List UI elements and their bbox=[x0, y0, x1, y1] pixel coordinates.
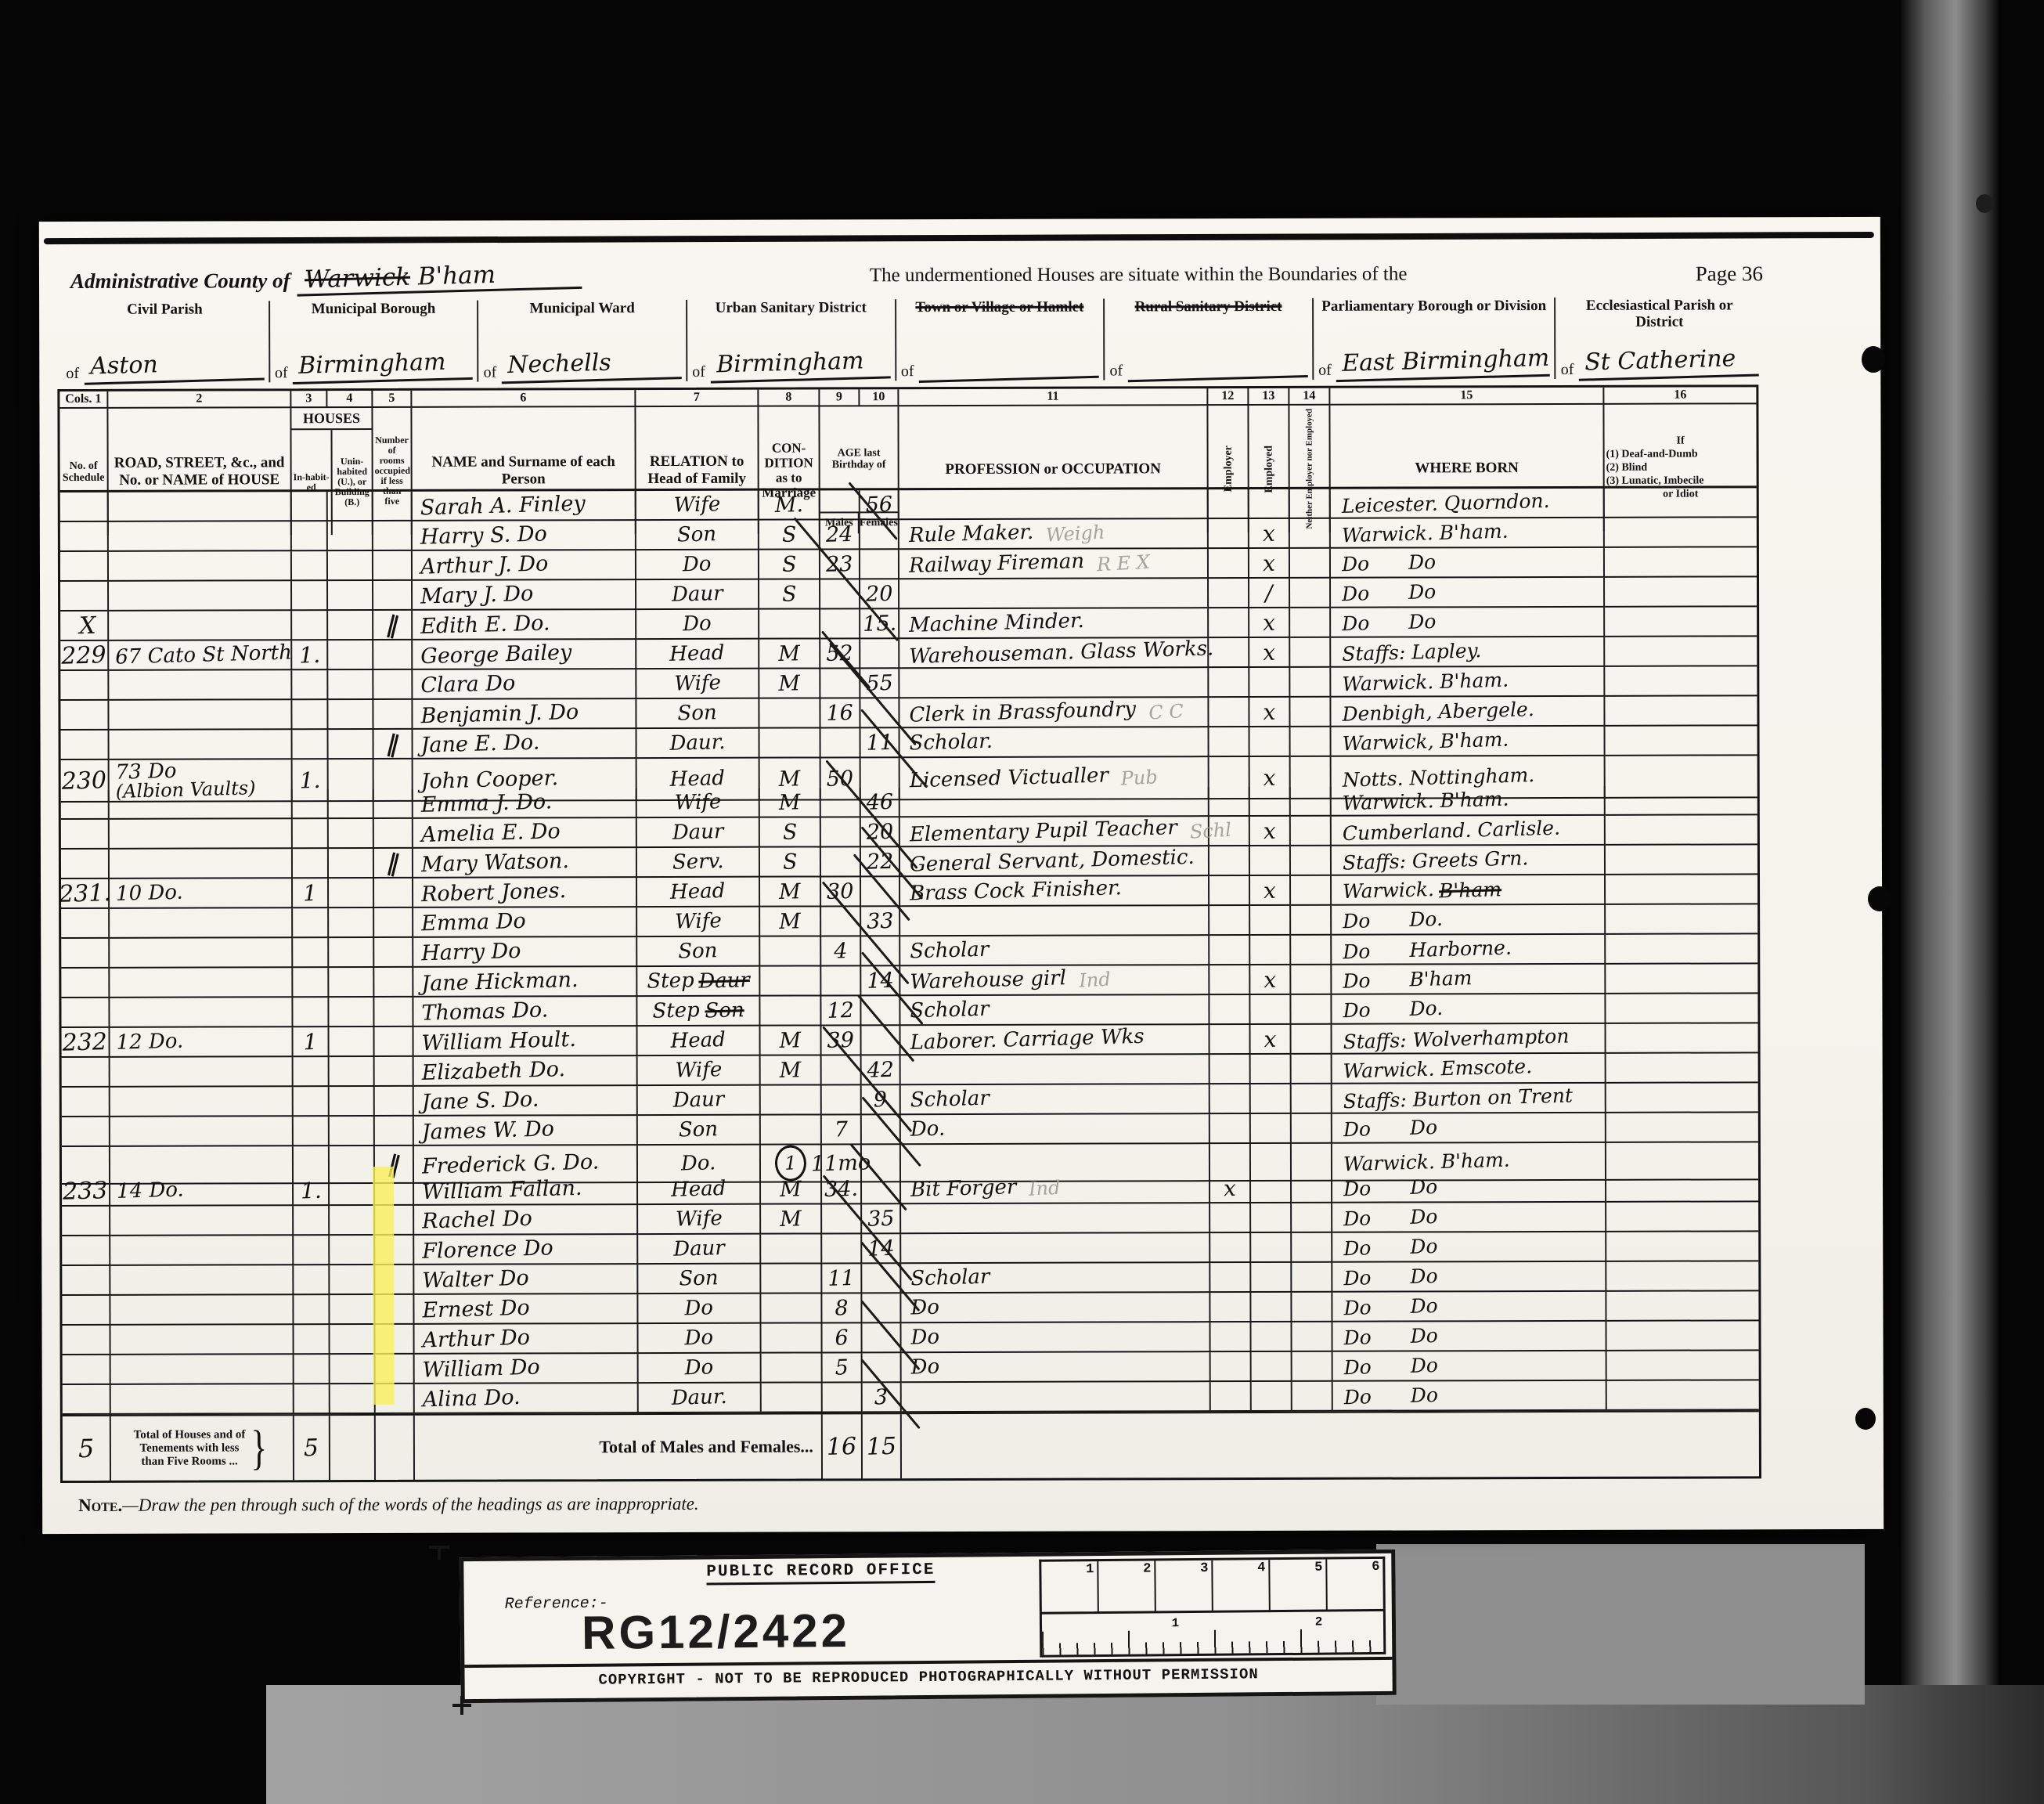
district-of: of bbox=[901, 363, 914, 381]
registration-mark bbox=[438, 1546, 441, 1560]
cell-employed bbox=[1250, 727, 1291, 757]
cell-employed bbox=[1251, 1293, 1292, 1322]
cell-where-born: Warwick. Emscote. bbox=[1332, 1054, 1606, 1084]
cell-employer bbox=[1211, 1352, 1252, 1382]
occupation: Laborer. Carriage Wks bbox=[910, 1025, 1145, 1055]
where-born: Warwick. bbox=[1343, 877, 1435, 902]
table-row-29: Arthur DoDo6DoDo Do bbox=[63, 1321, 1759, 1355]
cell-employed bbox=[1249, 668, 1290, 698]
cell-occupation: Scholar bbox=[900, 995, 1209, 1026]
cell-employed: x bbox=[1249, 549, 1290, 579]
cell-neither bbox=[1291, 876, 1332, 906]
person-name: Sarah A. Finley bbox=[420, 491, 586, 520]
where-born: Do Do bbox=[1343, 1174, 1438, 1200]
inhabited-mark: 1. bbox=[298, 641, 320, 668]
age-female: 20 bbox=[865, 581, 892, 606]
census-scan-viewport: { "page": { "countyLabel": "Administrati… bbox=[0, 0, 2044, 1804]
column-number-5: 5 bbox=[373, 391, 412, 408]
cell-employed: x bbox=[1249, 519, 1290, 549]
cell-rooms bbox=[375, 1027, 414, 1057]
person-name: Thomas Do. bbox=[421, 998, 549, 1025]
column-number-4: 4 bbox=[327, 391, 373, 408]
cell-address bbox=[110, 1265, 294, 1296]
cell-schedule bbox=[60, 552, 109, 582]
cell-employed bbox=[1251, 1114, 1292, 1144]
cell-uninhabited bbox=[328, 581, 373, 611]
cell-employed bbox=[1251, 1322, 1292, 1352]
cell-rooms bbox=[374, 879, 413, 908]
cell-infirmity bbox=[1606, 1113, 1758, 1143]
pencil-annotation: Ind bbox=[1078, 968, 1111, 991]
cell-occupation bbox=[899, 579, 1209, 609]
cell-age-female bbox=[860, 639, 899, 669]
enumerator-x-mark: X bbox=[79, 612, 96, 640]
cell-relation: Head bbox=[638, 1026, 761, 1056]
punch-hole bbox=[1868, 886, 1891, 911]
person-name: Clara Do bbox=[420, 671, 516, 698]
cell-occupation: Do bbox=[901, 1322, 1210, 1353]
cell-neither bbox=[1292, 1025, 1332, 1055]
cell-name: Arthur J. Do bbox=[413, 550, 636, 581]
schedule-number: 233 bbox=[63, 1177, 108, 1206]
table-row-28: Ernest DoDo8DoDo Do bbox=[62, 1291, 1758, 1326]
condition: M. bbox=[774, 492, 803, 518]
cell-relation: Daur bbox=[636, 580, 759, 610]
person-name: Arthur J. Do bbox=[420, 551, 549, 579]
district-of: of bbox=[275, 364, 288, 382]
punch-hole bbox=[1862, 346, 1885, 373]
stamp-office-title: PUBLIC RECORD OFFICE bbox=[706, 1561, 935, 1586]
totals-label-line1: Total of Houses and of bbox=[134, 1428, 246, 1441]
where-born: Staffs: Greets Grn. bbox=[1343, 846, 1529, 874]
where-born: Cumberland. Carlisle. bbox=[1343, 816, 1561, 845]
cell-inhabited bbox=[293, 819, 329, 849]
cell-rooms bbox=[373, 640, 413, 670]
cell-address bbox=[109, 611, 292, 641]
cell-rooms: ‖ bbox=[374, 730, 413, 759]
cell-occupation: Scholar bbox=[900, 936, 1209, 966]
cell-age-male: 11 bbox=[822, 1264, 862, 1293]
cell-rooms bbox=[375, 1057, 414, 1087]
cell-uninhabited bbox=[328, 640, 373, 670]
cell-name: Harry Do bbox=[413, 937, 637, 968]
cell-occupation: Clerk in BrassfoundryC C bbox=[899, 698, 1209, 728]
cell-infirmity bbox=[1605, 577, 1757, 608]
where-born: Warwick. B'ham. bbox=[1342, 519, 1509, 547]
where-born: Denbigh, Abergele. bbox=[1342, 698, 1534, 726]
table-row-21: Jane S. Do.Daur9ScholarStaffs: Burton on… bbox=[62, 1083, 1758, 1117]
condition: S bbox=[781, 522, 796, 547]
age-male: 8 bbox=[835, 1296, 849, 1320]
cell-relation: Son bbox=[636, 521, 759, 550]
cell-condition bbox=[761, 1115, 822, 1145]
person-name: Ernest Do bbox=[422, 1295, 530, 1322]
cell-occupation: Laborer. Carriage Wks bbox=[901, 1025, 1210, 1055]
cell-relation: Do bbox=[639, 1354, 762, 1384]
cell-inhabited: 1 bbox=[293, 879, 329, 908]
occupation: General Servant, Domestic. bbox=[910, 846, 1195, 877]
totals-empty-uninhabited bbox=[330, 1416, 376, 1480]
relation: Serv. bbox=[672, 850, 723, 875]
cell-relation: Head bbox=[637, 878, 760, 907]
cell-neither bbox=[1292, 1322, 1332, 1352]
cell-name: Jane S. Do. bbox=[414, 1086, 638, 1117]
cell-rooms bbox=[374, 968, 413, 998]
table-row-31: Alina Do.Daur.3Do Do bbox=[63, 1380, 1759, 1415]
cell-inhabited bbox=[293, 938, 329, 968]
cell-address bbox=[110, 730, 293, 760]
cell-uninhabited bbox=[328, 670, 373, 700]
cell-schedule bbox=[63, 1385, 111, 1415]
totals-schedule-value: 5 bbox=[78, 1434, 94, 1464]
table-row-15: Emma DoWifeM33Do Do. bbox=[61, 904, 1757, 939]
cell-relation: Wife bbox=[636, 491, 759, 521]
person-name: Emma J. Do. bbox=[420, 789, 552, 817]
pencil-annotation: Weigh bbox=[1046, 521, 1106, 547]
pencil-annotation: C C bbox=[1148, 700, 1184, 723]
cell-condition: M bbox=[761, 1174, 822, 1204]
cell-neither bbox=[1292, 1352, 1333, 1382]
cell-name: Jane Hickman. bbox=[413, 967, 637, 998]
stamp-ruler: 123456 1 2 bbox=[1039, 1557, 1386, 1655]
district-value-row: ofBirmingham bbox=[692, 348, 890, 381]
where-born: Staffs: Lapley. bbox=[1342, 639, 1482, 666]
cell-condition: M. bbox=[759, 490, 820, 520]
cell-age-male: 16 bbox=[820, 698, 860, 728]
totals-houses-count: 5 bbox=[294, 1416, 330, 1480]
cell-age-male bbox=[820, 490, 860, 520]
cell-infirmity bbox=[1606, 845, 1757, 875]
cell-neither bbox=[1291, 936, 1332, 965]
cell-condition: M bbox=[759, 669, 820, 698]
column-number-9: 9 bbox=[820, 389, 860, 406]
cell-relation: StepSon bbox=[637, 997, 760, 1026]
census-table: Cols. 12345678910111213141516 No. of Sch… bbox=[57, 384, 1761, 1483]
person-name: William Fallan. bbox=[422, 1175, 582, 1204]
totals-empty-rooms bbox=[376, 1416, 415, 1480]
employed-mark: ∕ bbox=[1265, 579, 1273, 605]
cell-employer bbox=[1210, 1322, 1251, 1352]
district-7: Parliamentary Borough or DivisionofEast … bbox=[1312, 298, 1555, 380]
occupation: Rule Maker. bbox=[908, 521, 1033, 547]
person-name: Rachel Do bbox=[422, 1206, 532, 1233]
cell-occupation: Warehouse girlInd bbox=[900, 965, 1209, 996]
cell-neither bbox=[1291, 846, 1332, 876]
cell-rooms bbox=[375, 1117, 414, 1146]
cell-rooms bbox=[374, 819, 413, 849]
condition: M bbox=[778, 641, 800, 666]
cell-rooms bbox=[374, 938, 413, 968]
relation: Step bbox=[652, 998, 700, 1023]
cell-inhabited bbox=[293, 908, 329, 938]
cell-infirmity bbox=[1606, 1202, 1758, 1232]
cell-employer: x bbox=[1210, 1174, 1251, 1203]
relation: Daur. bbox=[669, 731, 726, 756]
condition: M bbox=[778, 671, 800, 696]
cell-inhabited bbox=[294, 1236, 330, 1265]
cell-employer bbox=[1209, 936, 1250, 965]
cell-rooms bbox=[374, 998, 413, 1027]
cell-schedule bbox=[61, 790, 110, 820]
cell-occupation: Brass Cock Finisher. bbox=[900, 876, 1209, 907]
condition: M bbox=[779, 1028, 801, 1053]
cell-schedule bbox=[60, 671, 109, 701]
relation: Wife bbox=[673, 492, 720, 518]
employed-mark: x bbox=[1264, 966, 1277, 992]
cell-inhabited bbox=[293, 730, 329, 759]
age-male: 7 bbox=[834, 1117, 848, 1142]
cell-infirmity bbox=[1606, 1083, 1758, 1113]
cell-employed bbox=[1250, 936, 1291, 965]
cell-condition: S bbox=[759, 550, 820, 579]
relation: Do bbox=[683, 612, 712, 636]
cell-relation: Wife bbox=[638, 1056, 761, 1086]
county-value: Warwick B'ham bbox=[296, 258, 582, 297]
cell-where-born: Do Do bbox=[1332, 1292, 1606, 1322]
cell-uninhabited bbox=[330, 1236, 375, 1265]
cell-infirmity bbox=[1606, 785, 1757, 816]
stamp-copyright: COPYRIGHT - NOT TO BE REPRODUCED PHOTOGR… bbox=[464, 1657, 1392, 1699]
cell-name: Benjamin J. Do bbox=[413, 699, 636, 730]
cell-infirmity bbox=[1606, 815, 1757, 846]
cell-address bbox=[110, 998, 293, 1028]
cell-neither bbox=[1290, 579, 1331, 608]
age-female: 33 bbox=[867, 908, 894, 933]
cell-occupation bbox=[902, 1382, 1211, 1413]
person-name: Jane E. Do. bbox=[420, 730, 540, 757]
relation: Son bbox=[677, 522, 717, 547]
cell-where-born: Staffs: Wolverhampton bbox=[1332, 1024, 1606, 1055]
cell-inhabited bbox=[292, 670, 328, 700]
cell-condition bbox=[761, 1234, 822, 1264]
condition: S bbox=[782, 850, 797, 874]
table-row-23: ‖Frederick G. Do.Do.111moWarwick. B'ham. bbox=[62, 1142, 1758, 1177]
relation: Step bbox=[647, 969, 694, 994]
cell-employer bbox=[1209, 579, 1249, 608]
cell-uninhabited bbox=[330, 1117, 375, 1146]
column-number-12: 12 bbox=[1208, 388, 1249, 406]
column-number-8: 8 bbox=[759, 389, 820, 406]
cell-infirmity bbox=[1605, 488, 1757, 518]
occupation: Clerk in Brassfoundry bbox=[909, 698, 1136, 727]
cell-schedule bbox=[61, 969, 110, 998]
cell-name: Mary J. Do bbox=[413, 580, 636, 611]
cell-name: Alina Do. bbox=[415, 1384, 639, 1414]
cell-where-born: Leicester. Quorndon. bbox=[1331, 489, 1605, 519]
inhabited-mark: 1 bbox=[303, 879, 318, 905]
relation: Son bbox=[678, 939, 718, 963]
person-name: Benjamin J. Do bbox=[420, 699, 579, 727]
district-value: Aston bbox=[83, 348, 264, 385]
cell-infirmity bbox=[1606, 964, 1757, 994]
cell-condition bbox=[762, 1383, 823, 1413]
cell-uninhabited bbox=[329, 879, 374, 908]
cell-infirmity bbox=[1606, 994, 1757, 1024]
cell-condition: S bbox=[760, 817, 821, 847]
cell-inhabited bbox=[294, 1117, 330, 1146]
district-value-row: ofAston bbox=[66, 350, 264, 383]
cell-occupation: Elementary Pupil TeacherSchl bbox=[900, 817, 1209, 847]
person-name: Mary Watson. bbox=[421, 849, 570, 877]
ruler-cm-6: 6 bbox=[1327, 1559, 1383, 1610]
cell-employed bbox=[1251, 1263, 1292, 1293]
where-born: Do Do bbox=[1342, 609, 1437, 634]
employed-mark: x bbox=[1263, 520, 1276, 546]
cell-uninhabited bbox=[328, 521, 373, 551]
cell-name: Ernest Do bbox=[414, 1294, 638, 1325]
cell-employed bbox=[1251, 1203, 1292, 1233]
inhabited-mark: 1 bbox=[303, 1028, 318, 1054]
table-row-24: 23314 Do.1.William Fallan.HeadM34.Bit Fo… bbox=[62, 1172, 1758, 1207]
relation: Wife bbox=[674, 790, 721, 815]
cell-name: Clara Do bbox=[413, 669, 636, 700]
cell-age-male: 12 bbox=[821, 996, 861, 1026]
ruler-inch-1: 1 bbox=[1172, 1616, 1180, 1630]
cell-schedule: 232 bbox=[62, 1028, 110, 1058]
header-inf-2: (2) Blind bbox=[1606, 461, 1755, 474]
relation: Do bbox=[684, 1296, 713, 1320]
condition: M bbox=[779, 909, 801, 934]
cell-where-born: Staffs: Greets Grn. bbox=[1332, 846, 1606, 876]
cell-infirmity bbox=[1606, 904, 1757, 935]
cell-inhabited bbox=[294, 1325, 330, 1355]
footnote: Note.—Draw the pen through such of the w… bbox=[78, 1491, 1884, 1516]
column-number-3: 3 bbox=[291, 391, 327, 408]
district-of: of bbox=[1109, 362, 1123, 380]
cell-name: William Fallan. bbox=[414, 1175, 638, 1206]
district-value: East Birmingham bbox=[1336, 345, 1550, 382]
cell-schedule bbox=[60, 522, 109, 552]
cell-infirmity bbox=[1607, 1351, 1759, 1381]
where-born: Do B'ham bbox=[1343, 966, 1473, 992]
address-line: 12 Do. bbox=[116, 1030, 183, 1055]
cell-employed bbox=[1250, 846, 1291, 876]
cell-infirmity bbox=[1606, 1053, 1758, 1084]
cell-where-born: Warwick, B'ham. bbox=[1332, 727, 1606, 757]
footnote-lead: Note. bbox=[78, 1496, 122, 1515]
occupation: Scholar bbox=[910, 938, 990, 964]
cell-occupation bbox=[899, 489, 1209, 520]
cell-address bbox=[110, 908, 293, 939]
cell-where-born: Warwick. B'ham. bbox=[1331, 667, 1605, 698]
district-5: Town or Village or Hamletof bbox=[895, 299, 1104, 381]
age-male: 11 bbox=[827, 1265, 855, 1290]
cell-address bbox=[110, 849, 293, 879]
relation: Wife bbox=[675, 1207, 722, 1232]
cell-relation: Do bbox=[638, 1324, 761, 1354]
cell-uninhabited bbox=[328, 611, 373, 640]
district-3: Municipal WardofNechells bbox=[477, 300, 686, 382]
cell-employer bbox=[1209, 906, 1250, 936]
cell-occupation: Scholar bbox=[901, 1084, 1210, 1115]
totals-houses-value: 5 bbox=[304, 1434, 319, 1462]
cell-infirmity bbox=[1605, 518, 1757, 548]
cell-rooms bbox=[373, 521, 413, 551]
cell-address bbox=[110, 789, 293, 820]
totals-empty-right bbox=[902, 1412, 1759, 1478]
cell-address bbox=[110, 1087, 294, 1117]
cell-condition: S bbox=[759, 579, 820, 609]
person-name: Frederick G. Do. bbox=[422, 1149, 600, 1178]
cell-relation: Wife bbox=[637, 907, 760, 937]
cell-neither bbox=[1292, 1174, 1332, 1203]
cell-name: Edith E. Do. bbox=[413, 610, 636, 640]
ruler-inch-2: 2 bbox=[1315, 1615, 1323, 1629]
condition: S bbox=[782, 820, 797, 844]
cell-employed bbox=[1252, 1382, 1292, 1412]
cell-inhabited: 1. bbox=[294, 1176, 330, 1206]
cell-neither bbox=[1292, 1263, 1332, 1293]
occupation: Bit Forger bbox=[910, 1175, 1017, 1202]
address-line: 67 Cato St North bbox=[115, 640, 292, 669]
district-label: Ecclesiastical Parish or District bbox=[1560, 297, 1758, 330]
relation: Son bbox=[677, 701, 717, 725]
totals-females-value: 15 bbox=[866, 1432, 896, 1460]
pencil-annotation: Pub bbox=[1120, 766, 1158, 790]
cell-where-born: Cumberland. Carlisle. bbox=[1332, 816, 1606, 846]
cell-address bbox=[109, 551, 292, 582]
cell-employer bbox=[1209, 995, 1250, 1025]
cell-schedule bbox=[61, 939, 110, 969]
cell-age-female: 46 bbox=[861, 788, 900, 817]
cell-address bbox=[109, 521, 292, 552]
boundaries-text: The undermentioned Houses are situate wi… bbox=[582, 263, 1696, 293]
ruler-cm-1: 1 bbox=[1041, 1561, 1099, 1612]
where-born: Warwick, B'ham. bbox=[1342, 727, 1509, 755]
ruler-cm-2: 2 bbox=[1098, 1560, 1156, 1611]
age-female: 42 bbox=[867, 1057, 894, 1082]
where-born: Warwick. B'ham. bbox=[1342, 787, 1509, 814]
cell-schedule: 229 bbox=[60, 641, 109, 671]
cell-employer bbox=[1209, 876, 1250, 906]
relation: Do bbox=[683, 552, 712, 576]
cell-neither bbox=[1291, 995, 1332, 1025]
district-of: of bbox=[1318, 362, 1332, 380]
cell-relation: Wife bbox=[636, 669, 759, 699]
table-row-14: 231.10 Do.1Robert Jones.HeadM30Brass Coc… bbox=[61, 875, 1757, 909]
relation: Do. bbox=[681, 1151, 716, 1175]
occupation: Scholar bbox=[910, 1087, 990, 1113]
cell-schedule bbox=[62, 1207, 110, 1236]
table-row-16: Harry DoSon4ScholarDo Harborne. bbox=[61, 934, 1757, 969]
cell-employer bbox=[1209, 787, 1250, 817]
cell-schedule bbox=[60, 701, 109, 731]
table-row-25: Rachel DoWifeM35Do Do bbox=[62, 1202, 1758, 1236]
cell-occupation: Rule Maker.Weigh bbox=[899, 519, 1209, 550]
district-label: Town or Village or Hamlet bbox=[901, 299, 1099, 316]
public-record-office-stamp: PUBLIC RECORD OFFICE Reference:- RG12/24… bbox=[460, 1550, 1397, 1703]
where-born: Do Do bbox=[1343, 1293, 1438, 1319]
cell-employer bbox=[1209, 489, 1249, 519]
cell-schedule bbox=[62, 1296, 110, 1326]
cell-uninhabited bbox=[328, 492, 373, 521]
ruler-cm-scale: 123456 bbox=[1039, 1557, 1386, 1612]
cell-inhabited bbox=[292, 551, 328, 581]
column-number-13: 13 bbox=[1249, 388, 1289, 406]
cell-neither bbox=[1292, 1114, 1332, 1144]
cell-occupation bbox=[901, 1055, 1210, 1085]
form-title-row: Administrative County of Warwick B'ham T… bbox=[70, 245, 1857, 294]
cell-address bbox=[111, 1384, 294, 1415]
cell-inhabited bbox=[294, 1265, 330, 1295]
cell-employer bbox=[1210, 1263, 1251, 1293]
cell-name: Emma Do bbox=[413, 907, 637, 938]
where-born: Do Do bbox=[1343, 1204, 1438, 1229]
employed-mark: x bbox=[1264, 877, 1277, 903]
where-born: Do Do bbox=[1342, 550, 1437, 575]
cell-employed bbox=[1251, 1233, 1292, 1263]
where-born: Do Do bbox=[1343, 1383, 1438, 1408]
